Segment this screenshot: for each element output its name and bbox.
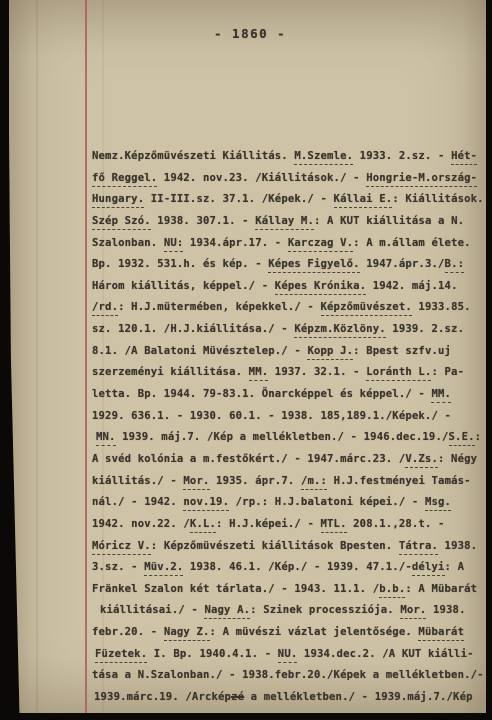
underlined-token: M.Szemle. [294,150,353,165]
text-line: kiállitás./ - Mor. 1935. ápr.7. /m.: H.J… [92,471,479,493]
underlined-token: fő Reggel. [92,172,157,187]
text-token: : A m.állam élete. [353,237,471,249]
text-token: 1942. nov.23. /Kiállitások./ - [157,172,366,184]
underlined-token: Hungary. [92,193,144,208]
underlined-token: Loránth L. [366,366,431,381]
text-token: Nemz.Képzőmüvészeti Kiállitás. [92,150,294,162]
text-token: szerzeményi kiállitása. [92,366,249,378]
underlined-token: b.b. [379,583,405,598]
underlined-token: délyi [412,561,445,576]
text-token: 1942. máj.14. [366,280,457,292]
text-token: 1933.85. [412,301,471,313]
text-token: Fränkel Szalon két tárlata./ - 1943. 11.… [92,583,379,595]
text-token: 1934.dec.2. /A KUT kiálli- [297,648,473,660]
underlined-token: S.E. [449,431,475,446]
text-line: MN. 1939. máj.7. /Kép a mellékletben./ -… [92,427,479,449]
text-token: tása a N.Szalonban./ - 1938.febr.20./Kép… [92,669,484,681]
underlined-token: Szép Szó. [92,215,151,230]
text-token: /rp.: H.J.balatoni képei./ - [229,496,425,508]
text-line: Bp. 1932. 531.h. és kép. - Képes Figyelő… [92,254,479,276]
underlined-token: Mor. [400,604,426,619]
text-line: Móricz V.: Képzőmüvészeti kiállitások Bp… [92,536,479,558]
text-line: Füzetek. I. Bp. 1940.4.1. - NU. 1934.dec… [92,644,479,666]
underlined-token: MN. [96,431,116,446]
text-line: Hungary. II-III.sz. 37.1. /Képek./ - Kál… [92,189,479,211]
underlined-token: Msg. [425,496,451,511]
text-token: 1934.ápr.17. - [183,237,287,249]
underlined-token: Mübarát [418,626,464,641]
text-token: 1933. 2.sz. - [353,150,451,162]
text-token: kiállitásai./ - [100,604,204,616]
text-token: nál./ - 1942. [92,496,183,508]
text-line: 1942. nov.22. /K.L.: H.J.képei./ - MTL. … [92,514,479,536]
text-token: 1935. ápr.7. [210,475,301,487]
text-token: : A Mübarát [405,583,477,595]
red-margin-rule [85,0,87,713]
underlined-token: MTL. [321,518,347,533]
text-token: : [475,431,482,443]
text-token: : A [445,561,465,573]
underlined-token: Képzőmüvészet. [321,301,412,316]
underlined-token: nov.19. [183,496,229,511]
text-token: febr.20. - [92,626,164,638]
text-token: Szalonban. [92,237,164,249]
page-number: - 1860 - [214,26,286,41]
underlined-token: Képes Krónika. [275,280,366,295]
underlined-token: MM. [431,388,451,403]
underlined-token: Müv.2. [144,561,183,576]
text-line: szerzeményi kiállitása. MM. 1937. 32.1. … [92,362,479,384]
text-line: tása a N.Szalonban./ - 1938.febr.20./Kép… [92,665,479,687]
text-token: : Szinek processziója. [250,604,400,616]
text-token: Három kiállitás, képpel./ - [92,280,275,292]
text-token: 1942. nov.22. / [92,518,190,530]
scan-background: { "colors": { "background": "#0a0908", "… [0,0,492,720]
underlined-token: MM. [249,366,269,381]
text-token: 1939. 2.sz. [386,323,464,335]
text-line: 8.1. /A Balatoni Müvésztelep./ - Kopp J.… [92,341,479,363]
underlined-token: Kállay M. [255,215,314,230]
text-token: 1939. máj.7. /Kép a mellékletben./ - 194… [116,431,449,443]
underlined-token: Kállai E. [334,193,393,208]
text-line: 1939.márc.19. /Arcképzé a mellékletben./… [92,687,479,709]
underlined-token: Hét- [451,150,477,165]
text-line: letta. Bp. 1944. 79-83.1. Önarcképpel és… [92,384,479,406]
text-line: 1929. 636.1. - 1930. 60.1. - 1938. 185,1… [92,406,479,428]
text-line: nál./ - 1942. nov.19. /rp.: H.J.balatoni… [92,492,479,514]
underlined-token: Kopp J. [307,345,353,360]
text-token: 3.sz. - [92,561,144,573]
text-token: : A müvészi vázlat jelentősége. [210,626,419,638]
text-line: fő Reggel. 1942. nov.23. /Kiállitások./ … [92,168,479,190]
text-token: 1939.márc.19. /Arckép [94,691,231,703]
text-token: 1938. [438,540,477,552]
underlined-token: NU: [164,237,184,252]
text-token: letta. Bp. 1944. 79-83.1. Önarcképpel és… [92,388,431,400]
underlined-token: Nagy Z. [164,626,210,641]
text-token: 208.1.,28.t. - [347,518,445,530]
text-token: 1937. 32.1. - [268,366,366,378]
underlined-token: Füzetek. [95,648,147,663]
text-token: : Képzőmüvészeti kiállitások Bpesten. [151,540,399,552]
text-token: 1938. 46.1. /Kép./ - 1939. 47.1./- [183,561,411,573]
text-token: : Négy [438,453,477,465]
underlined-token: V.Zs. [405,453,438,468]
text-line: kiállitásai./ - Nagy A.: Szinek processz… [92,600,479,622]
text-line: Szalonban. NU: 1934.ápr.17. - Karczag V.… [92,233,479,255]
text-token: I. Bp. 1940.4.1. - [147,648,278,660]
underlined-token: Nagy A. [204,604,250,619]
text-token: : H.J.mütermében, képekkel./ - [118,301,320,313]
text-token: a mellékletben./ - 1939.máj.7./Kép [244,691,472,703]
underlined-token: Képes Figyelő. [268,258,359,273]
text-token: 1947.ápr.3./ [360,258,445,270]
underlined-token: Képzm.Közlöny. [294,323,385,338]
text-line: /rd.: H.J.mütermében, képekkel./ - Képző… [92,297,479,319]
text-token: H.J.festményei Tamás- [327,475,471,487]
text-token: : Pa- [431,366,464,378]
text-line: 3.sz. - Müv.2. 1938. 46.1. /Kép./ - 1939… [92,557,479,579]
text-token: kiállitás./ - [92,475,183,487]
scanned-page: - 1860 - Nemz.Képzőmüvészeti Kiállitás. … [9,0,486,713]
text-token: 1929. 636.1. - 1930. 60.1. - 1938. 185,1… [92,410,451,422]
text-token: : A KUT kiállitása a N. [314,215,464,227]
text-token: : Bpest szfv.uj [353,345,451,357]
text-line: A svéd kolónia a m.festőkért./ - 1947.má… [92,449,479,471]
underlined-token: Móricz V. [92,540,151,555]
underlined-token: /m.: [301,475,327,490]
text-token: II-III.sz. 37.1. /Képek./ - [144,193,333,205]
text-line: sz. 120.1. /H.J.kiállitása./ - Képzm.Köz… [92,319,479,341]
text-token: A svéd kolónia a m.festőkért./ - 1947.má… [92,453,405,465]
text-token: sz. 120.1. /H.J.kiállitása./ - [92,323,294,335]
text-line: Nemz.Képzőmüvészeti Kiállitás. M.Szemle.… [92,146,479,168]
underlined-token: Karczag V. [288,237,353,252]
underlined-token: Tátra. [399,540,438,555]
text-token: 8.1. /A Balatoni Müvésztelep./ - [92,345,307,357]
text-token: Bp. 1932. 531.h. és kép. - [92,258,268,270]
text-line: Fränkel Szalon két tárlata./ - 1943. 11.… [92,579,479,601]
underlined-token: NU. [278,648,298,663]
underlined-token: K.L. [190,518,216,533]
underlined-token: /rd. [92,301,118,316]
text-token: : H.J.képei./ - [216,518,320,530]
underlined-token: B.: [445,258,465,273]
text-token: : Kiállitások. [392,193,483,205]
underlined-token: Hongrie-M.ország- [366,172,477,187]
text-line: Három kiállitás, képpel./ - Képes Krónik… [92,276,479,298]
text-line: febr.20. - Nagy Z.: A müvészi vázlat jel… [92,622,479,644]
text-line: Szép Szó. 1938. 307.1. - Kállay M.: A KU… [92,211,479,233]
text-token: 1938. 307.1. - [151,215,255,227]
text-token: 1938. [426,604,465,616]
underlined-token: Mor. [183,475,209,490]
struck-token: zé [231,691,244,703]
typewritten-text: Nemz.Képzőmüvészeti Kiállitás. M.Szemle.… [92,146,479,709]
